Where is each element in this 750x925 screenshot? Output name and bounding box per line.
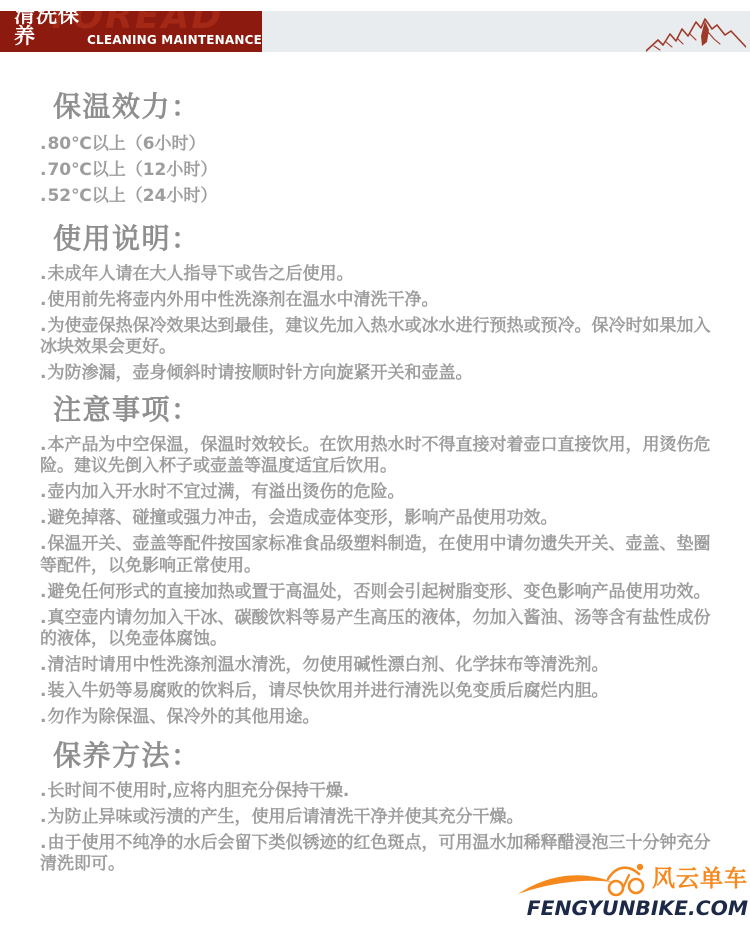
item-text: 为防止异味或污渍的产生，使用后请清洗干净并使其充分干燥。 [47, 807, 523, 827]
list-item: .为防止异味或污渍的产生，使用后请清洗干净并使其充分干燥。 [40, 807, 715, 829]
list-item: .本产品为中空保温，保温时效较长。在饮用热水时不得直接对着壶口直接饮用，用烫伤危… [40, 435, 715, 478]
list-item: .装入牛奶等易腐败的饮料后，请尽快饮用并进行清洗以免变质后腐烂内胆。 [40, 681, 715, 703]
item-text: 70℃以上（12小时） [47, 160, 217, 180]
bullet-dot: . [40, 681, 46, 701]
item-text: 52℃以上（24小时） [47, 186, 217, 206]
item-text: 避免掉落、碰撞或强力冲击，会造成壶体变形，影响产品使用功效。 [47, 508, 557, 528]
list-item: .壶内加入开水时不宜过满，有溢出烫伤的危险。 [40, 482, 715, 504]
section-heading: 保养方法： [53, 739, 750, 773]
bullet-dot: . [40, 290, 46, 310]
bullet-dot: . [40, 363, 46, 383]
item-text: 为使壶保热保冷效果达到最佳，建议先加入热水或冰水进行预热或预冷。保冷时如果加入冰… [40, 316, 710, 358]
bullet-dot: . [40, 264, 46, 284]
item-text: 保温开关、壶盖等配件按国家标准食品级塑料制造，在使用中请勿遗失开关、壶盖、垫圈等… [40, 534, 710, 576]
bullet-dot: . [40, 833, 46, 853]
section-items: .未成年人请在大人指导下或告之后使用。 .使用前先将壶内外用中性洗涤剂在温水中清… [40, 264, 715, 385]
list-item: .避免掉落、碰撞或强力冲击，会造成壶体变形，影响产品使用功效。 [40, 508, 715, 530]
list-item: .80℃以上（6小时） [40, 134, 715, 156]
bullet-dot: . [40, 134, 46, 154]
fengyunbike-logo: 风云单车 FENGYUNBIKE.COM [516, 861, 748, 919]
item-text: 未成年人请在大人指导下或告之后使用。 [47, 264, 353, 284]
list-item: .勿作为除保温、保冷外的其他用途。 [40, 707, 715, 729]
bullet-dot: . [40, 186, 46, 206]
item-text: 真空壶内请勿加入干冰、碳酸饮料等易产生高压的液体，勿加入酱油、汤等含有盐性成份的… [40, 608, 710, 650]
logo-row: 风云单车 [516, 861, 748, 897]
header-red-block: TOREAD 清洗保养 CLEANING MAINTENANCE [0, 11, 262, 52]
bullet-dot: . [40, 807, 46, 827]
section-title-cn: 清洗保养 [14, 11, 81, 47]
list-item: .真空壶内请勿加入干冰、碳酸饮料等易产生高压的液体，勿加入酱油、汤等含有盐性成份… [40, 608, 715, 651]
bullet-dot: . [40, 655, 46, 675]
item-text: 清洁时请用中性洗涤剂温水清洗，勿使用碱性漂白剂、化学抹布等清洗剂。 [47, 655, 608, 675]
bullet-dot: . [40, 316, 46, 336]
brand-url: FENGYUNBIKE.COM [507, 899, 748, 919]
brand-name-cn: 风云单车 [652, 868, 748, 891]
bullet-dot: . [40, 582, 46, 602]
cyclist-swoosh-icon [518, 860, 650, 898]
item-text: 为防渗漏，壶身倾斜时请按顺时针方向旋紧开关和壶盖。 [47, 363, 472, 383]
list-item: .长时间不使用时,应将内胆充分保持干燥. [40, 781, 715, 803]
section-precautions: 注意事项： .本产品为中空保温，保温时效较长。在饮用热水时不得直接对着壶口直接饮… [0, 393, 750, 729]
item-text: 80℃以上（6小时） [47, 134, 205, 154]
bullet-dot: . [40, 781, 46, 801]
section-title-en: CLEANING MAINTENANCE [87, 34, 262, 47]
section-maintenance-methods: 保养方法： .长时间不使用时,应将内胆充分保持干燥. .为防止异味或污渍的产生，… [0, 739, 750, 876]
list-item: .52℃以上（24小时） [40, 186, 715, 208]
list-item: .70℃以上（12小时） [40, 160, 715, 182]
list-item: .为防渗漏，壶身倾斜时请按顺时针方向旋紧开关和壶盖。 [40, 363, 715, 385]
item-text: 装入牛奶等易腐败的饮料后，请尽快饮用并进行清洗以免变质后腐烂内胆。 [47, 681, 608, 701]
care-instructions: 保温效力： .80℃以上（6小时） .70℃以上（12小时） .52℃以上（24… [0, 52, 750, 880]
list-item: .使用前先将壶内外用中性洗涤剂在温水中清洗干净。 [40, 290, 715, 312]
bullet-dot: . [40, 608, 46, 628]
section-usage-instructions: 使用说明： .未成年人请在大人指导下或告之后使用。 .使用前先将壶内外用中性洗涤… [0, 222, 750, 385]
item-text: 壶内加入开水时不宜过满，有溢出烫伤的危险。 [47, 482, 404, 502]
bullet-dot: . [40, 482, 46, 502]
section-header-bar: TOREAD 清洗保养 CLEANING MAINTENANCE [0, 11, 750, 52]
bullet-dot: . [40, 160, 46, 180]
item-text: 勿作为除保温、保冷外的其他用途。 [47, 707, 319, 727]
bullet-dot: . [40, 508, 46, 528]
item-text: 使用前先将壶内外用中性洗涤剂在温水中清洗干净。 [47, 290, 438, 310]
bullet-dot: . [40, 435, 46, 455]
section-insulation-performance: 保温效力： .80℃以上（6小时） .70℃以上（12小时） .52℃以上（24… [0, 90, 750, 208]
item-text: 本产品为中空保温，保温时效较长。在饮用热水时不得直接对着壶口直接饮用，用烫伤危险… [40, 435, 710, 477]
item-text: 避免任何形式的直接加热或置于高温处，否则会引起树脂变形、变色影响产品使用功效。 [47, 582, 710, 602]
section-heading: 使用说明： [53, 222, 750, 256]
item-text: 长时间不使用时,应将内胆充分保持干燥. [47, 781, 349, 801]
section-heading: 注意事项： [53, 393, 750, 427]
section-heading: 保温效力： [53, 90, 750, 124]
section-items: .本产品为中空保温，保温时效较长。在饮用热水时不得直接对着壶口直接饮用，用烫伤危… [40, 435, 715, 729]
list-item: .未成年人请在大人指导下或告之后使用。 [40, 264, 715, 286]
section-items: .80℃以上（6小时） .70℃以上（12小时） .52℃以上（24小时） [40, 134, 715, 208]
list-item: .避免任何形式的直接加热或置于高温处，否则会引起树脂变形、变色影响产品使用功效。 [40, 582, 715, 604]
mountain-range-icon [646, 16, 746, 52]
list-item: .为使壶保热保冷效果达到最佳，建议先加入热水或冰水进行预热或预冷。保冷时如果加入… [40, 316, 715, 359]
list-item: .清洁时请用中性洗涤剂温水清洗，勿使用碱性漂白剂、化学抹布等清洗剂。 [40, 655, 715, 677]
bullet-dot: . [40, 534, 46, 554]
list-item: .保温开关、壶盖等配件按国家标准食品级塑料制造，在使用中请勿遗失开关、壶盖、垫圈… [40, 534, 715, 577]
bullet-dot: . [40, 707, 46, 727]
